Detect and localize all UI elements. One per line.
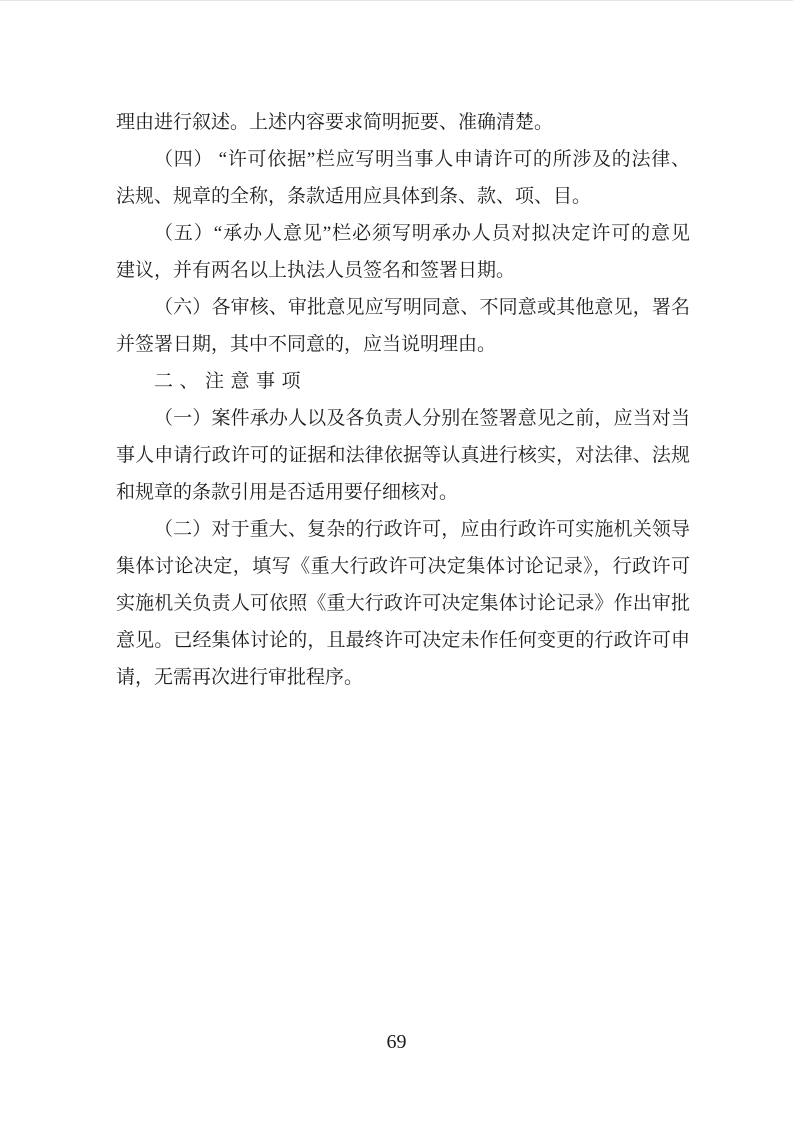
text-line: 并签署日期，其中不同意的，应当说明理由。 [116, 326, 690, 363]
text-line: （一）案件承办人以及各负责人分别在签署意见之前，应当对当 [116, 400, 690, 437]
page-number: 69 [0, 1030, 793, 1054]
document-body: 理由进行叙述。上述内容要求简明扼要、准确清楚。 （四） “许可依据”栏应写明当事… [116, 104, 690, 696]
text-line: 理由进行叙述。上述内容要求简明扼要、准确清楚。 [116, 104, 690, 141]
text-line: （六）各审核、审批意见应写明同意、不同意或其他意见，署名 [116, 289, 690, 326]
section-heading: 二、注意事项 [116, 363, 690, 400]
text-line: 和规章的条款引用是否适用要仔细核对。 [116, 474, 690, 511]
text-line: 实施机关负责人可依照《重大行政许可决定集体讨论记录》作出审批 [116, 585, 690, 622]
text-line: （五）“承办人意见”栏必须写明承办人员对拟决定许可的意见 [116, 215, 690, 252]
text-line: 意见。已经集体讨论的，且最终许可决定未作任何变更的行政许可申 [116, 622, 690, 659]
text-line: 集体讨论决定，填写《重大行政许可决定集体讨论记录》，行政许可 [116, 548, 690, 585]
text-line: 请，无需再次进行审批程序。 [116, 659, 690, 696]
text-line: （四） “许可依据”栏应写明当事人申请许可的所涉及的法律、 [116, 141, 690, 178]
document-page: 理由进行叙述。上述内容要求简明扼要、准确清楚。 （四） “许可依据”栏应写明当事… [0, 0, 793, 1122]
text-line: 事人申请行政许可的证据和法律依据等认真进行核实，对法律、法规 [116, 437, 690, 474]
text-line: 建议，并有两名以上执法人员签名和签署日期。 [116, 252, 690, 289]
text-line: 法规、规章的全称，条款适用应具体到条、款、项、目。 [116, 178, 690, 215]
text-line: （二）对于重大、复杂的行政许可，应由行政许可实施机关领导 [116, 511, 690, 548]
